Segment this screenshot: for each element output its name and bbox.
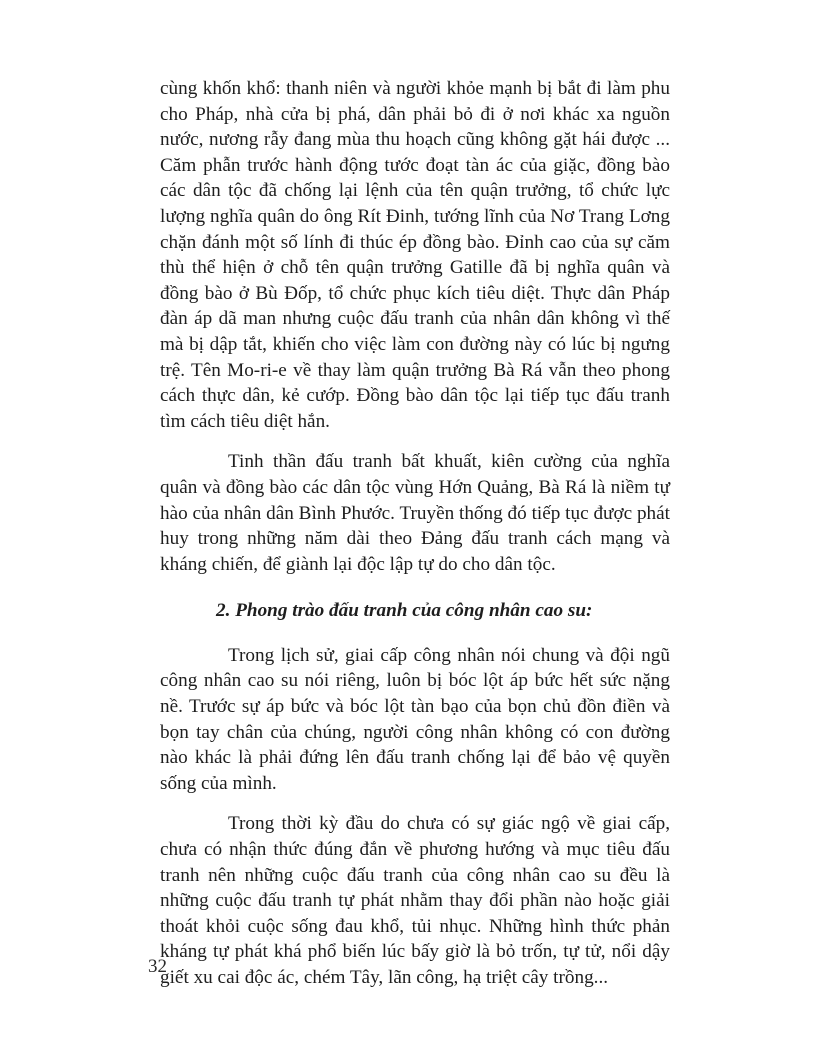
- paragraph-resistance-bu-dop: cùng khốn khổ: thanh niên và người khỏe …: [160, 76, 670, 434]
- paragraph-worker-oppression: Trong lịch sử, giai cấp công nhân nói ch…: [160, 643, 670, 797]
- section-heading: 2. Phong trào đấu tranh của công nhân ca…: [160, 598, 670, 624]
- page-body: cùng khốn khổ: thanh niên và người khỏe …: [160, 76, 670, 991]
- page-number: 32: [148, 956, 167, 978]
- paragraph-spontaneous-struggle: Trong thời kỳ đầu do chưa có sự giác ngộ…: [160, 811, 670, 990]
- paragraph-tradition: Tinh thần đấu tranh bất khuất, kiên cườn…: [160, 449, 670, 577]
